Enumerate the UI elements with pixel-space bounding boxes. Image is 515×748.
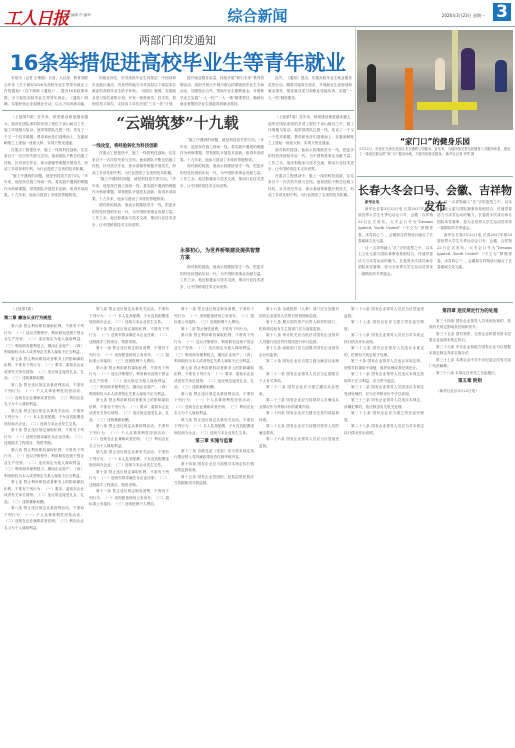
photo-credit: 新华社记者 李然 摄: [446, 152, 474, 156]
article: 第二十九条 国有企业领导人员违反本规定的，依照有关规定给予处理。: [344, 345, 424, 358]
sports-story-column-1: 新华社电新华社长春3月22日电 长春2027年第33届世界大学生冬季运动会口号、…: [358, 199, 433, 299]
paragraph: 面对新的挑战，他表示将继续坚守一线，把更多的经验传授给年轻一代，为中国桥梁事业贡…: [180, 163, 264, 189]
paragraph: 新华社长春3月22日电 长春2027年第33届世界大学生冬季运动会口号、会徽、吉…: [358, 206, 433, 245]
paragraph: 这一吉祥物融入“长”字的造型之中，以本土文化元素与国际赛事形象相结合，传递青春活…: [358, 245, 433, 278]
feature-subhead-1: 一线攻坚，将经验转化为科技创新: [92, 143, 176, 149]
masthead: 工人日报 责任编辑 许·编审 综合新闻 2026年3月23日 星期一 3: [0, 0, 515, 27]
article: 第二十五条 国有企业应当加强对领导人员的廉洁教育。: [259, 423, 339, 436]
paragraph: 这一吉祥物融入“长”字的造型之中，以本土文化元素与国际赛事形象相结合，传递青春活…: [437, 199, 512, 232]
paragraph: 的就业岗位，引导高校毕业生向基层、中西部和东北地区流动，有条件的地方可对到县以下…: [92, 75, 176, 107]
lead-story-column-1: 本报讯（记者 王维砚）日前，人社部、教育部联合印发《关于做好2026年高校毕业生…: [4, 75, 88, 107]
article: 第八条 禁止违反规定从事营利活动，不准有下列行为：（一）个人从事营利性经营活动；…: [174, 391, 254, 417]
yellow-equipment-bar: [417, 102, 477, 110]
regulation-column-2: 第九条 禁止违反规定从事有关活动，不准有下列行为：（一）本人及其配偶、子女及其配…: [89, 306, 169, 746]
article: 第十条 禁止违反规定谋取私利，不准有下列行为：（一）违规安排亲属在本企业任职；（…: [4, 427, 84, 447]
paragraph: 面对新的挑战，他表示将继续坚守一线，把更多的经验传授给年轻一代，为中国桥梁事业贡…: [180, 264, 264, 290]
article: 第二十七条 国有企业应当建立责任追究制度。: [344, 410, 424, 423]
article: 第二十六条 国有企业领导人员应当自觉接受监督。: [259, 436, 339, 449]
lead-story-column-2: 的就业岗位，引导高校毕业生向基层、中西部和东北地区流动，有条件的地方可对到县以下…: [92, 75, 176, 107]
article: 第十九条 财政部门应当加强对国有企业财务会计的监督。: [259, 345, 339, 358]
person-figure: [367, 64, 376, 102]
article: 第六条 禁止利用职权谋取私利，不准有下列行为：（一）违反决策程序，利用职权违规干…: [89, 365, 169, 398]
article: 第二十八条 国有企业领导人员应当对本规定执行情况作出说明。: [344, 332, 424, 345]
chapter-heading: 第四章 违反规定行为的处理: [429, 309, 511, 316]
person-figure: [461, 48, 475, 90]
article: 第七条 禁止利用职权或者职务上的影响谋取私利，不准有下列行为：（一）要求、索取本…: [174, 365, 254, 391]
article: 第七条 禁止利用职权或者职务上的影响谋取私利，不准有下列行为：（一）要求、索取本…: [4, 356, 84, 382]
lead-story-column-4: 此外，《通知》提出，实施高校毕业生就业服务攻坚行动，精准对接岗位需求，开展职业生…: [268, 75, 352, 107]
article: 第二十二条 国有企业应当建立廉洁从业档案。: [259, 384, 339, 397]
chapter-heading: 第二章 廉洁从业行为规范: [4, 315, 84, 322]
feature-subhead-2: 永葆初心，为世界桥梁建设提供智慧方案: [180, 248, 264, 262]
article: 第三十八条 本规定自发布之日起施行。: [429, 370, 511, 377]
article: 第十条 禁止违反规定谋取私利，不准有下列行为：（一）违规安排亲属在本企业任职；（…: [89, 469, 169, 489]
article: 第三十条 国有企业领导人员违反本规定的，视情节轻重给予诫勉、组织处理或者纪律处分…: [344, 358, 424, 371]
sports-story-column-2: 这一吉祥物融入“长”字的造型之中，以本土文化元素与国际赛事形象相结合，传递青春活…: [437, 199, 512, 299]
caption-text: 3月22日，市民在天津市北辰区北仓镇的公园健身。近年来，当地持续完善全民健身公共…: [359, 147, 510, 156]
column-divider: [355, 28, 356, 300]
article: 第十条 禁止违反规定谋取私利，不准有下列行为：（一）违规安排亲属在本企业任职；（…: [89, 326, 169, 346]
article: 第十五条 国有企业党组织、纪检监察机构应当依据职责开展监督。: [174, 474, 254, 487]
article: 第二十四条 国有企业应当健全完善内部监督体系。: [259, 410, 339, 423]
feature-story-column-1: （上接第1版）近年来，桥梁建设难度越来越大，他所在团队承担的多项工程位于高山峡谷…: [4, 114, 88, 298]
article: 第十六条 各级组织（人事）部门应当加强对国有企业领导人员的日常管理和监督。: [259, 306, 339, 319]
chapter-heading: 第五章 附则: [429, 379, 511, 386]
article: 第三十七条 本规定由中共中央纪委会同有关部门负责解释。: [429, 357, 511, 370]
article: 第十四条 国有企业应当加强对本规定执行情况的监督检查。: [174, 461, 254, 474]
feature-story-column-2: 在重点工程建设中，施工一线的科技创新，往往来自于一次次的失败与总结。他和团队不断…: [92, 150, 176, 298]
paragraph: 提升就业服务质量，持续开展“职引未来”系列招聘活动，组织开展大中城市联合招聘高校…: [180, 75, 264, 107]
article: 第八条 禁止违反规定从事营利活动，不准有下列行为：（一）个人从事营利性经营活动；…: [89, 423, 169, 449]
photo-title: “家门口”的健身乐园: [357, 136, 513, 147]
regulation-column-5: 第二十六条 国有企业领导人员应当自觉接受监督。 第二十七条 国有企业应当建立责任…: [344, 306, 424, 746]
paragraph: 新华社长春3月22日电 长春2027年第33届世界大学生冬季运动会口号、会徽、吉…: [437, 232, 512, 271]
page-number-badge: 3: [493, 3, 511, 21]
article: 第十一条 禁止违反规定职务消费，不准有下列行为：（一）违规配备使用公务用车；（二…: [89, 345, 169, 365]
article: 第十一条 禁止违反规定职务消费，不准有下列行为：（一）违规配备使用公务用车；（二…: [174, 306, 254, 326]
paragraph: （上接第1版）近年来，桥梁建设难度越来越大，他所在团队承担的多项工程位于高山峡谷…: [4, 114, 88, 147]
section-title: 综合新闻: [0, 5, 515, 26]
article: 第十八条 审计机关应当依法对国有企业领导人员履行经济责任情况进行审计监督。: [259, 332, 339, 345]
paragraph: 在重点工程建设中，施工一线的科技创新，往往来自于一次次的失败与总结。他和团队不断…: [4, 147, 88, 173]
paragraph: 在重点工程建设中，施工一线的科技创新，往往来自于一次次的失败与总结。他和团队不断…: [92, 150, 176, 176]
article: 第六条 禁止利用职权谋取私利，不准有下列行为：（一）违反决策程序，利用职权违规干…: [174, 332, 254, 365]
feature-story-column-3: “施工中遇到的问题，就是科技攻关的方向。”多年来，他坚持在施工现场一线，将实践中…: [180, 137, 264, 247]
article: 第六条 禁止利用职权谋取私利，不准有下列行为：（一）违反决策程序，利用职权违规干…: [4, 447, 84, 480]
article: 第三十五条 国有独资、全资企业和国有资本控股企业参照本规定执行。: [429, 331, 511, 344]
equipment-pole: [452, 30, 458, 125]
regulation-column-3: 第十一条 禁止违反规定职务消费，不准有下列行为：（一）违规配备使用公务用车；（二…: [174, 306, 254, 746]
paragraph: “施工中遇到的问题，就是科技攻关的方向。”多年来，他坚持在施工现场一线，将实践中…: [180, 137, 264, 163]
lead-story-headline: 16条举措促进高校毕业生等青年就业: [0, 47, 355, 77]
regulation-column-4: 第十六条 各级组织（人事）部门应当加强对国有企业领导人员的日常管理和监督。 第十…: [259, 306, 339, 746]
regulation-column-6: 第四章 违反规定行为的处理 第三十四条 国有企业领导人员受到处理的，按照有关规定…: [429, 306, 511, 746]
article: 第三十四条 国有企业领导人员受到处理的，按照有关规定影响其任职和晋升。: [429, 318, 511, 331]
article: 第二十六条 国有企业领导人员应当自觉接受监督。: [344, 306, 424, 319]
article: 第七条 禁止利用职权或者职务上的影响谋取私利，不准有下列行为：（一）要求、索取本…: [4, 479, 84, 505]
paragraph: 面对新的挑战，他表示将继续坚守一线，把更多的经验传授给年轻一代，为中国桥梁事业贡…: [268, 147, 354, 173]
paragraph: （上接第1版）: [4, 306, 84, 313]
article: 第二十一条 国有企业领导人员应当定期报告个人有关事项。: [259, 371, 339, 384]
article: 第二十三条 国有企业应当将领导人员廉洁从业情况作为考核评价的重要内容。: [259, 397, 339, 410]
source-footer: （新华社北京3月22日电）: [429, 388, 511, 395]
divider: [2, 302, 513, 303]
article: 第九条 禁止违反规定从事有关活动，不准有下列行为：（一）本人及其配偶、子女及其配…: [89, 306, 169, 326]
person-figure: [435, 58, 445, 90]
person-figure: [495, 60, 507, 92]
article: 第二十七条 国有企业应当建立责任追究制度。: [344, 319, 424, 332]
lead-story-kicker: 两部门印发通知: [0, 32, 355, 48]
fitness-park-photo: [357, 30, 513, 130]
paragraph: “施工中遇到的问题，就是科技攻关的方向。”多年来，他坚持在施工现场一线，将实践中…: [4, 173, 88, 199]
photo-caption: 3月22日，市民在天津市北辰区北仓镇的公园健身。近年来，当地持续完善全民健身公共…: [359, 147, 511, 157]
article: 第九条 禁止违反规定从事有关活动，不准有下列行为：（一）本人及其配偶、子女及其配…: [89, 449, 169, 469]
feature-story-column-3b: 面对新的挑战，他表示将继续坚守一线，把更多的经验传授给年轻一代，为中国桥梁事业贡…: [180, 264, 264, 298]
divider: [2, 110, 354, 111]
article: 第七条 禁止利用职权或者职务上的影响谋取私利，不准有下列行为：（一）要求、索取本…: [89, 397, 169, 423]
article: 第三十六条 中央企业和地方国有企业可以根据本规定制定具体实施办法。: [429, 344, 511, 357]
article: 第八条 禁止违反规定从事营利活动，不准有下列行为：（一）个人从事营利性经营活动；…: [4, 382, 84, 408]
article: 第三十三条 国有企业领导人员违反本规定，涉嫌犯罪的，依法移送有关机关处理。: [344, 397, 424, 410]
article: 第三十一条 国有企业领导人员违反本规定获取的不正当利益，应当责令退还。: [344, 371, 424, 384]
regulation-column-1: （上接第1版） 第二章 廉洁从业行为规范 第六条 禁止利用职权谋取私利，不准有下…: [4, 306, 84, 746]
paragraph: “施工中遇到的问题，就是科技攻关的方向。”多年来，他坚持在施工现场一线，将实践中…: [92, 176, 176, 202]
article: 第九条 禁止违反规定从事有关活动，不准有下列行为：（一）本人及其配偶、子女及其配…: [4, 408, 84, 428]
divider: [357, 176, 513, 177]
chapter-heading: 第三章 实施与监督: [174, 439, 254, 446]
article: 第三十二条 国有企业领导人员因违反本规定受到处理的，应当在考核评价中予以体现。: [344, 384, 424, 397]
paragraph: 在重点工程建设中，施工一线的科技创新，往往来自于一次次的失败与总结。他和团队不断…: [268, 173, 354, 199]
lead-story-column-3: 提升就业服务质量，持续开展“职引未来”系列招聘活动，组织开展大中城市联合招聘高校…: [180, 75, 264, 107]
article: 第十一条 禁止违反规定职务消费，不准有下列行为：（一）违规配备使用公务用车；（二…: [89, 488, 169, 508]
article: 第八条 禁止违反规定从事营利活动，不准有下列行为：（一）个人从事营利性经营活动；…: [4, 505, 84, 531]
paragraph: （上接第1版）近年来，桥梁建设难度越来越大，他所在团队承担的多项工程位于高山峡谷…: [268, 114, 354, 147]
article: 第九条 禁止违反规定从事有关活动，不准有下列行为：（一）本人及其配偶、子女及其配…: [174, 417, 254, 437]
orange-equipment-post: [405, 68, 413, 130]
paragraph: 本报讯（记者 王维砚）日前，人社部、教育部联合印发《关于做好2026年高校毕业生…: [4, 75, 88, 107]
article: 第二十条 国有企业应当建立健全廉洁从业制度。: [259, 358, 339, 371]
article: 第十三条 各级党委（党组）应当将本规定执行情况纳入党风廉政建设责任制考核内容。: [174, 448, 254, 461]
article: 第十七条 履行国有资产出资人职责的部门、机构和其他有关主管部门应当加强监督。: [259, 319, 339, 332]
article: 第二十八条 国有企业领导人员应当对本规定执行情况作出说明。: [344, 423, 424, 436]
publication-date: 2026年3月23日 星期一: [442, 13, 485, 19]
feature-story-column-4: （上接第1版）近年来，桥梁建设难度越来越大，他所在团队承担的多项工程位于高山峡谷…: [268, 114, 354, 298]
article: 第六条 禁止利用职权谋取私利，不准有下列行为：（一）违反决策程序，利用职权违规干…: [4, 323, 84, 356]
paragraph: 此外，《通知》提出，实施高校毕业生就业服务攻坚行动，精准对接岗位需求，开展职业生…: [268, 75, 352, 101]
paragraph: 面对新的挑战，他表示将继续坚守一线，把更多的经验传授给年轻一代，为中国桥梁事业贡…: [92, 202, 176, 228]
